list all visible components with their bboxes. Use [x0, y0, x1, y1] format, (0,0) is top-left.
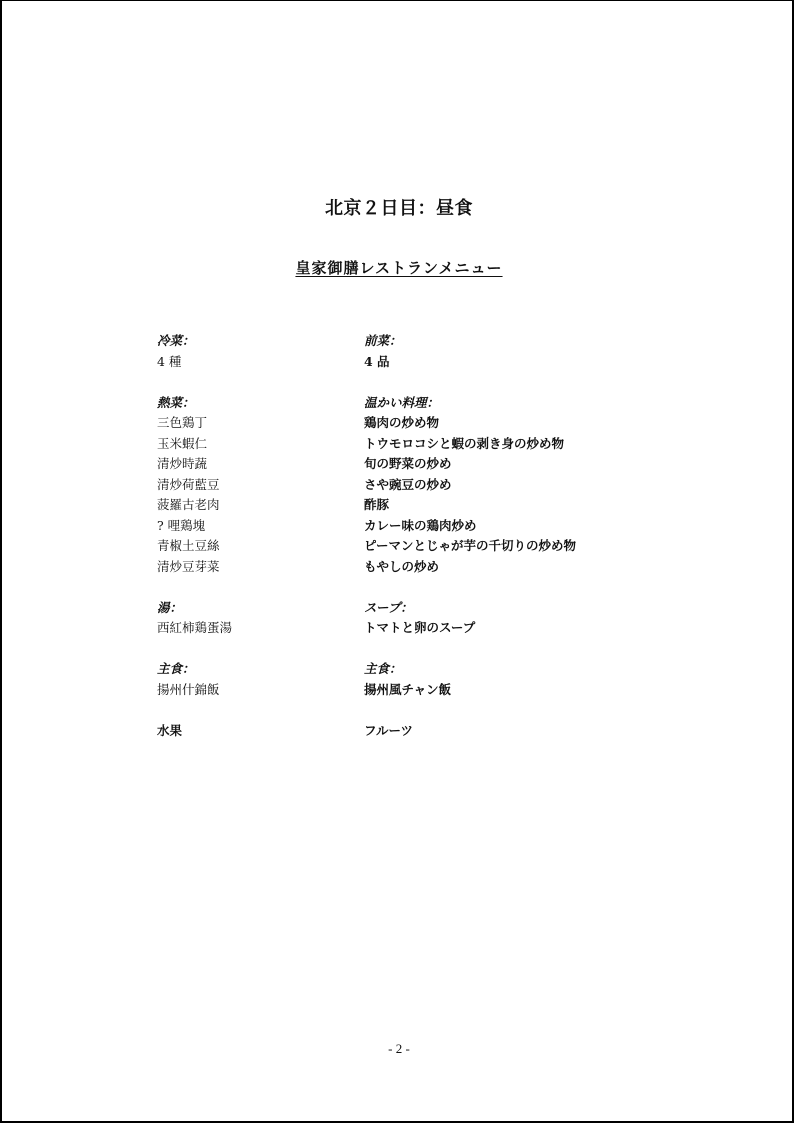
menu-item: 清炒豆芽菜 — [157, 557, 232, 578]
section-staple: 主食： 揚州什錦飯 — [157, 659, 232, 700]
section-soup: 湯： 西紅柿鶏蛋湯 — [157, 598, 232, 639]
section-heading: 前菜： — [364, 331, 576, 352]
menu-column-japanese: 前菜： 4 品 温かい料理： 鶏肉の炒め物 トウモロコシと蝦の剥き身の炒め物 旬… — [364, 331, 576, 741]
section-soup: スープ： トマトと卵のスープ — [364, 598, 576, 639]
menu-item: 鶏肉の炒め物 — [364, 413, 576, 434]
section-fruit: 水果 — [157, 721, 232, 742]
menu-column-chinese: 冷菜： 4 種 熱菜： 三色鶏丁 玉米蝦仁 清炒時蔬 清炒荷藍豆 菠羅古老肉 ?… — [157, 331, 232, 741]
menu-item: 水果 — [157, 721, 232, 742]
menu-item: トウモロコシと蝦の剥き身の炒め物 — [364, 434, 576, 455]
page-number: - 2 - — [2, 1041, 794, 1057]
section-heading: 冷菜： — [157, 331, 232, 352]
section-heading: スープ： — [364, 598, 576, 619]
menu-item: カレー味の鶏肉炒め — [364, 516, 576, 537]
section-heading: 主食： — [157, 659, 232, 680]
section-staple: 主食： 揚州風チャン飯 — [364, 659, 576, 700]
menu-item: 清炒荷藍豆 — [157, 475, 232, 496]
section-hot-dishes: 温かい料理： 鶏肉の炒め物 トウモロコシと蝦の剥き身の炒め物 旬の野菜の炒め さ… — [364, 393, 576, 578]
section-cold-dishes: 前菜： 4 品 — [364, 331, 576, 372]
menu-item: 揚州什錦飯 — [157, 680, 232, 701]
menu-item: フルーツ — [364, 721, 576, 742]
page-title: 北京２日目：昼食 — [2, 194, 794, 220]
menu-item: 4 種 — [157, 352, 232, 373]
menu-item: もやしの炒め — [364, 557, 576, 578]
menu-item: 玉米蝦仁 — [157, 434, 232, 455]
section-fruit: フルーツ — [364, 721, 576, 742]
menu-item: 三色鶏丁 — [157, 413, 232, 434]
menu-item: さや豌豆の炒め — [364, 475, 576, 496]
section-hot-dishes: 熱菜： 三色鶏丁 玉米蝦仁 清炒時蔬 清炒荷藍豆 菠羅古老肉 ? 哩鶏塊 青椒土… — [157, 393, 232, 578]
restaurant-menu-title: 皇家御膳レストランメニュー — [2, 257, 794, 278]
menu-item: ピーマンとじゃが芋の千切りの炒め物 — [364, 536, 576, 557]
menu-item: 旬の野菜の炒め — [364, 454, 576, 475]
menu-item: 西紅柿鶏蛋湯 — [157, 618, 232, 639]
section-cold-dishes: 冷菜： 4 種 — [157, 331, 232, 372]
section-heading: 主食： — [364, 659, 576, 680]
section-heading: 湯： — [157, 598, 232, 619]
section-heading: 温かい料理： — [364, 393, 576, 414]
menu-item: 酢豚 — [364, 495, 576, 516]
menu-item: ? 哩鶏塊 — [157, 516, 232, 537]
menu-item: トマトと卵のスープ — [364, 618, 576, 639]
restaurant-menu-title-text: 皇家御膳レストランメニュー — [295, 259, 502, 277]
menu-item: 揚州風チャン飯 — [364, 680, 576, 701]
document-page: 北京２日目：昼食 皇家御膳レストランメニュー 冷菜： 4 種 熱菜： 三色鶏丁 … — [0, 0, 794, 1123]
menu-item: 清炒時蔬 — [157, 454, 232, 475]
menu-item: 4 品 — [364, 352, 576, 373]
section-heading: 熱菜： — [157, 393, 232, 414]
menu-item: 菠羅古老肉 — [157, 495, 232, 516]
menu-item: 青椒土豆絲 — [157, 536, 232, 557]
